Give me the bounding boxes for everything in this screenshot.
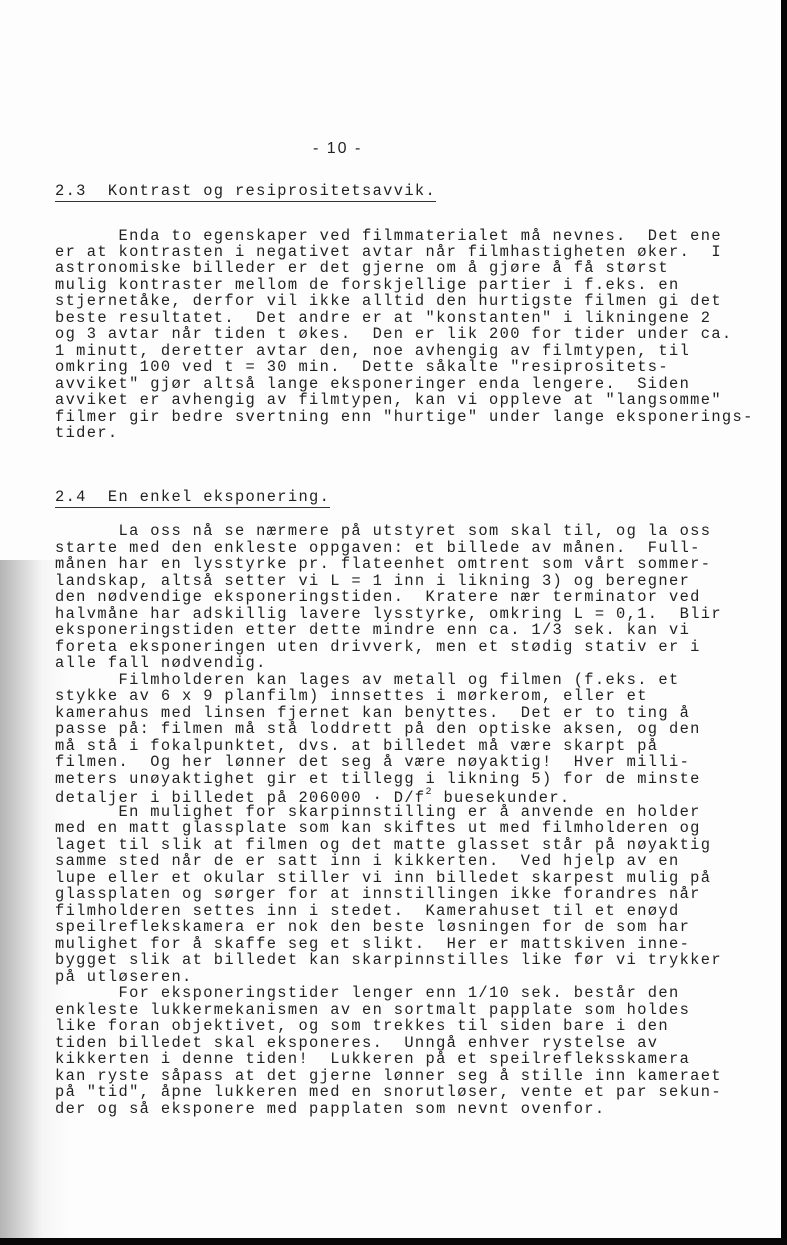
text-line: bygget slik at billedet kan skarpinnstil… xyxy=(55,952,722,968)
section-heading-text: 2.4 En enkel eksponering. xyxy=(55,488,330,508)
text-line: filmer gir bedre svertning enn "hurtige"… xyxy=(55,409,754,425)
text-line: kamerahus med linsen fjernet kan benytte… xyxy=(55,705,690,721)
text-line: må stå i fokalpunktet, dvs. at billedet … xyxy=(55,738,658,754)
text-line: laget til slik at filmen og det matte gl… xyxy=(55,837,711,853)
text-line: tiden billedet skal eksponeres. Unngå en… xyxy=(55,1035,658,1051)
text-line: For eksponeringstider lenger enn 1/10 se… xyxy=(55,985,680,1001)
text-line: kan ryste såpass at det gjerne lønner se… xyxy=(55,1068,722,1084)
text-line: på utløseren. xyxy=(55,969,193,985)
text-line: speilreflekskamera er nok den beste løsn… xyxy=(55,919,690,935)
text-line: den nødvendige eksponeringstiden. Krater… xyxy=(55,589,701,605)
text-line: mulighet for å skaffe seg et slikt. Her … xyxy=(55,936,690,952)
text-line: der og så eksponere med papplaten som ne… xyxy=(55,1101,605,1117)
text-line: landskap, altså setter vi L = 1 inn i li… xyxy=(55,573,690,589)
section-heading-2-4: 2.4 En enkel eksponering. xyxy=(55,489,330,505)
page-number: - 10 - xyxy=(313,140,362,158)
text-line: Filmholderen kan lages av metall og film… xyxy=(55,672,680,688)
text-line: månen har en lysstyrke pr. flateenhet om… xyxy=(55,556,711,572)
text-line: med en matt glassplate som kan skiftes u… xyxy=(55,820,701,836)
scanned-page: - 10 - 2.3 Kontrast og resiprositetsavvi… xyxy=(0,0,781,1238)
text-line: filmholderen settes inn i stedet. Kamera… xyxy=(55,903,680,919)
text-line: stykke av 6 x 9 planfilm) innsettes i mø… xyxy=(55,688,648,704)
text-line: filmen. Og her lønner det seg å være nøy… xyxy=(55,754,690,770)
text-line: foreta eksponeringen uten drivverk, men … xyxy=(55,639,701,655)
text-line: tider. xyxy=(55,425,119,441)
text-line: beste resultatet. Det andre er at "konst… xyxy=(55,310,711,326)
scan-edge-bottom xyxy=(0,1238,787,1245)
text-line: glassplaten og sørger for at innstilling… xyxy=(55,886,701,902)
text-line: stjernetåke, derfor vil ikke alltid den … xyxy=(55,293,722,309)
text-line: passe på: filmen må stå loddrett på den … xyxy=(55,721,701,737)
section-heading-text: 2.3 Kontrast og resiprositetsavvik. xyxy=(55,182,436,202)
text-line: starte med den enkleste oppgaven: et bil… xyxy=(55,540,701,556)
text-line: 1 minutt, deretter avtar den, noe avheng… xyxy=(55,343,690,359)
text-line: like foran objektivet, og som trekkes ti… xyxy=(55,1018,669,1034)
text-line: halvmåne har adskillig lavere lysstyrke,… xyxy=(55,606,722,622)
text-line: eksponeringstiden etter dette mindre enn… xyxy=(55,622,690,638)
text-line: og 3 avtar når tiden t økes. Den er lik … xyxy=(55,326,733,342)
text-line: samme sted når de er satt inn i kikkerte… xyxy=(55,853,680,869)
text-line: er at kontrasten i negativet avtar når f… xyxy=(55,244,722,260)
text-line: avviket" gjør altså lange eksponeringer … xyxy=(55,376,690,392)
text-line: alle fall nødvendig. xyxy=(55,655,267,671)
text-line: omkring 100 ved t = 30 min. Dette såkalt… xyxy=(55,359,669,375)
text-line: Enda to egenskaper ved filmmaterialet må… xyxy=(55,228,722,244)
text-line: lupe eller et okular stiller vi inn bill… xyxy=(55,870,711,886)
text-line: astronomiske billeder er det gjerne om å… xyxy=(55,260,669,276)
text-line: avviket er avhengig av filmtypen, kan vi… xyxy=(55,392,722,408)
scan-edge-right xyxy=(781,0,787,1245)
text-line: enkleste lukkermekanismen av en sortmalt… xyxy=(55,1002,690,1018)
text-line: En mulighet for skarpinnstilling er å an… xyxy=(55,804,701,820)
text-line: meters unøyaktighet gir et tillegg i lik… xyxy=(55,771,701,787)
section-heading-2-3: 2.3 Kontrast og resiprositetsavvik. xyxy=(55,183,436,199)
text-line: La oss nå se nærmere på utstyret som ska… xyxy=(55,523,711,539)
formula-superscript: 2 xyxy=(426,787,433,798)
text-line: mulig kontraster mellom de forskjellige … xyxy=(55,277,680,293)
text-line: på "tid", åpne lukkeren med en snorutløs… xyxy=(55,1084,722,1100)
text-line: kikkerten i denne tiden! Lukkeren på et … xyxy=(55,1051,690,1067)
